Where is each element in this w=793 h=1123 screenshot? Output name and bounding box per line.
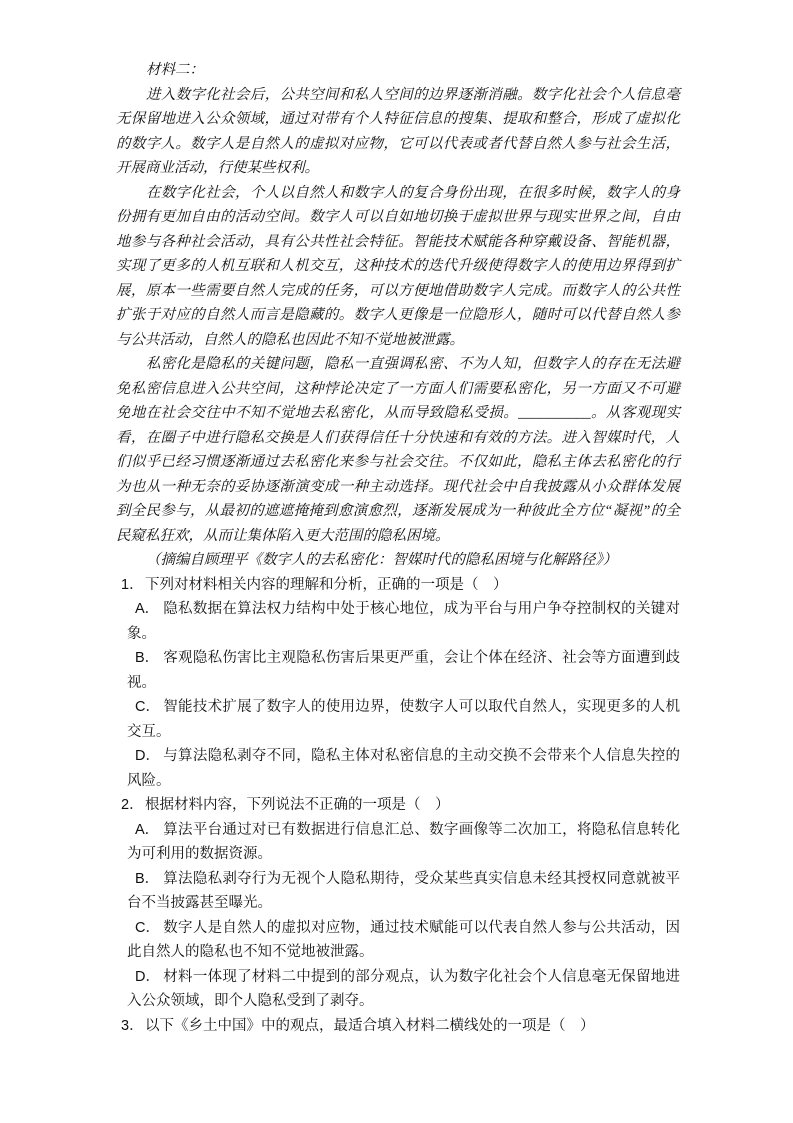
option-label: C． [135, 695, 163, 720]
option-text: 智能技术扩展了数字人的使用边界，使数字人可以取代自然人，实现更多的人机交互。 [127, 699, 680, 740]
question-number: 2． [121, 793, 145, 818]
option-label: A． [135, 818, 163, 843]
option-b: B．客观隐私伤害比主观隐私伤害后果更严重，会让个体在经济、社会等方面遭到歧视。 [127, 646, 680, 695]
option-d: D．与算法隐私剥夺不同，隐私主体对私密信息的主动交换不会带来个人信息失控的风险。 [127, 744, 680, 793]
material-label: 材料二： [116, 58, 680, 83]
option-text: 客观隐私伤害比主观隐私伤害后果更严重，会让个体在经济、社会等方面遭到歧视。 [127, 650, 680, 691]
option-label: C． [135, 916, 163, 941]
option-label: B． [135, 867, 163, 892]
option-label: D． [135, 965, 163, 990]
question-stem: 1．下列对材料相关内容的理解和分析，正确的一项是（ ） [121, 573, 680, 598]
option-text: 与算法隐私剥夺不同，隐私主体对私密信息的主动交换不会带来个人信息失控的风险。 [127, 748, 680, 789]
text-column: 材料二： 进入数字化社会后，公共空间和私人空间的边界逐渐消融。数字化社会个人信息… [116, 58, 680, 1038]
question-text: 下列对材料相关内容的理解和分析，正确的一项是（ ） [145, 577, 508, 593]
exam-page: 材料二： 进入数字化社会后，公共空间和私人空间的边界逐渐消融。数字化社会个人信息… [0, 0, 793, 1123]
questions-section: 1．下列对材料相关内容的理解和分析，正确的一项是（ ） A．隐私数据在算法权力结… [116, 573, 680, 1039]
option-a: A．算法平台通过对已有数据进行信息汇总、数字画像等二次加工，将隐私信息转化为可利… [127, 818, 680, 867]
option-text: 算法平台通过对已有数据进行信息汇总、数字画像等二次加工，将隐私信息转化为可利用的… [127, 822, 680, 863]
material-paragraph: 在数字化社会，个人以自然人和数字人的复合身份出现，在很多时候，数字人的身份拥有更… [116, 181, 680, 353]
option-a: A．隐私数据在算法权力结构中处于核心地位，成为平台与用户争夺控制权的关键对象。 [127, 597, 680, 646]
question-1: 1．下列对材料相关内容的理解和分析，正确的一项是（ ） A．隐私数据在算法权力结… [116, 573, 680, 794]
option-text: 材料一体现了材料二中提到的部分观点，认为数字化社会个人信息毫无保留地进入公众领域… [127, 969, 680, 1010]
option-text: 数字人是自然人的虚拟对应物，通过技术赋能可以代表自然人参与公共活动，因此自然人的… [127, 920, 680, 961]
material-paragraph: 进入数字化社会后，公共空间和私人空间的边界逐渐消融。数字化社会个人信息毫无保留地… [116, 83, 680, 181]
option-d: D．材料一体现了材料二中提到的部分观点，认为数字化社会个人信息毫无保留地进入公众… [127, 965, 680, 1014]
source-citation: （摘编自顾理平《数字人的去私密化：智媒时代的隐私困境与化解路径》） [116, 548, 680, 573]
option-label: D． [135, 744, 163, 769]
option-text: 算法隐私剥夺行为无视个人隐私期待，受众某些真实信息未经其授权同意就被平台不当披露… [127, 871, 680, 912]
option-c: C．数字人是自然人的虚拟对应物，通过技术赋能可以代表自然人参与公共活动，因此自然… [127, 916, 680, 965]
question-number: 1． [121, 573, 145, 598]
material-paragraph: 私密化是隐私的关键问题，隐私一直强调私密、不为人知，但数字人的存在无法避免私密信… [116, 352, 680, 548]
question-2: 2．根据材料内容，下列说法不正确的一项是（ ） A．算法平台通过对已有数据进行信… [116, 793, 680, 1014]
option-label: A． [135, 597, 163, 622]
question-text: 根据材料内容，下列说法不正确的一项是（ ） [145, 797, 450, 813]
question-text: 以下《乡土中国》中的观点，最适合填入材料二横线处的一项是（ ） [145, 1018, 595, 1034]
option-text: 隐私数据在算法权力结构中处于核心地位，成为平台与用户争夺控制权的关键对象。 [127, 601, 680, 642]
option-c: C．智能技术扩展了数字人的使用边界，使数字人可以取代自然人，实现更多的人机交互。 [127, 695, 680, 744]
question-stem: 2．根据材料内容，下列说法不正确的一项是（ ） [121, 793, 680, 818]
option-label: B． [135, 646, 163, 671]
option-b: B．算法隐私剥夺行为无视个人隐私期待，受众某些真实信息未经其授权同意就被平台不当… [127, 867, 680, 916]
material-section: 材料二： 进入数字化社会后，公共空间和私人空间的边界逐渐消融。数字化社会个人信息… [116, 58, 680, 573]
question-stem: 3．以下《乡土中国》中的观点，最适合填入材料二横线处的一项是（ ） [121, 1014, 680, 1039]
question-number: 3． [121, 1014, 145, 1039]
question-3: 3．以下《乡土中国》中的观点，最适合填入材料二横线处的一项是（ ） [116, 1014, 680, 1039]
